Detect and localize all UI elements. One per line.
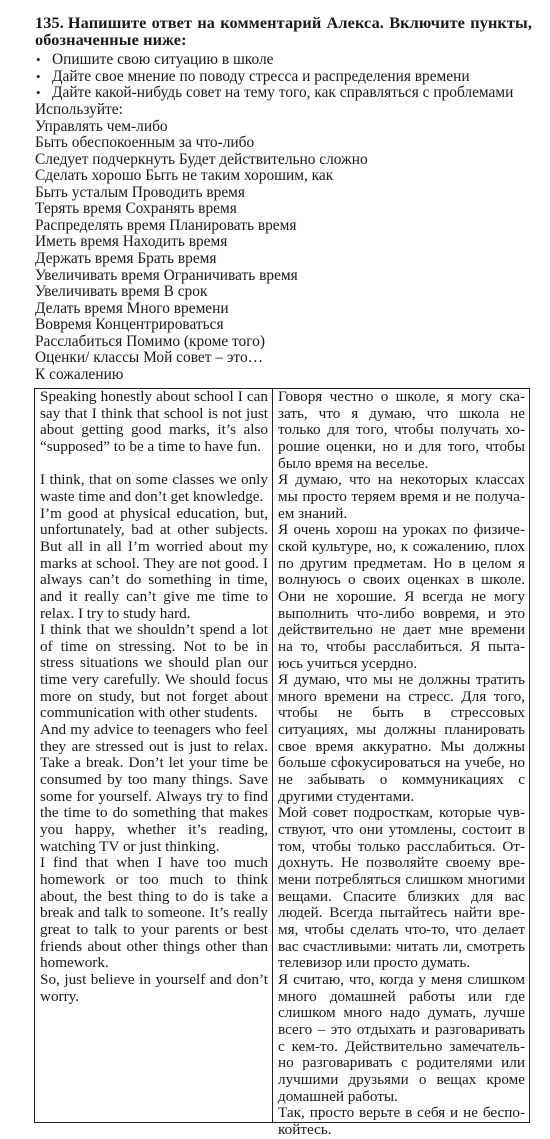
bullet-icon: • bbox=[36, 69, 41, 86]
answer-table: Speaking honestly about school I can say… bbox=[34, 388, 530, 1123]
russian-paragraph: Я считаю, что, когда у меня слишком мног… bbox=[278, 972, 525, 1105]
task-bullet: •Дайте какой-нибудь совет на тему того, … bbox=[35, 85, 532, 102]
task-title: 135.Напишите ответ на комментарий Алекса… bbox=[35, 14, 532, 48]
phrase-item: Вовремя Концентрироваться bbox=[35, 317, 532, 334]
phrase-item: Терять время Сохранять время bbox=[35, 201, 532, 218]
english-paragraph: Speaking honestly about school I can say… bbox=[40, 389, 268, 456]
russian-paragraph: Я очень хорош на уроках по физиче­ской к… bbox=[278, 522, 525, 672]
russian-paragraph: Так, просто верьте в себя и не беспо­кой… bbox=[278, 1105, 525, 1138]
phrase-item: Расслабиться Помимо (кроме того) bbox=[35, 334, 532, 351]
english-paragraph: So, just believe in yourself and don’t w… bbox=[40, 972, 268, 1005]
bullet-icon: • bbox=[36, 52, 41, 69]
phrase-item: Быть усталым Проводить время bbox=[35, 185, 532, 202]
phrase-item: К сожалению bbox=[35, 367, 532, 384]
phrase-item: Следует подчеркнуть Будет действительно … bbox=[35, 152, 532, 169]
english-paragraph: I think that we shouldn’t spend a lot of… bbox=[40, 622, 268, 722]
bullet-icon: • bbox=[36, 85, 41, 102]
russian-translation-column: Говоря честно о школе, я могу ска­зать, … bbox=[273, 389, 529, 1122]
russian-paragraph: Говоря честно о школе, я могу ска­зать, … bbox=[278, 389, 525, 472]
phrase-item: Оценки/ классы Мой совет – это… bbox=[35, 350, 532, 367]
phrase-item: Увеличивать время В срок bbox=[35, 284, 532, 301]
phrase-item: Держать время Брать время bbox=[35, 251, 532, 268]
english-paragraph: I think, that on some classes we only wa… bbox=[40, 472, 268, 505]
english-answer-column: Speaking honestly about school I can say… bbox=[35, 389, 273, 1122]
russian-paragraph: Я думаю, что мы не должны тратить много … bbox=[278, 672, 525, 805]
phrases-heading: Используйте: bbox=[35, 102, 532, 119]
english-paragraph: I’m good at physical education, but, unf… bbox=[40, 506, 268, 623]
phrase-item: Делать время Много времени bbox=[35, 301, 532, 318]
phrase-item: Быть обеспокоенным за что-либо bbox=[35, 135, 532, 152]
task-bullet-list: •Опишите свою ситуацию в школе •Дайте св… bbox=[35, 52, 532, 102]
phrase-item: Увеличивать время Ограничивать время bbox=[35, 268, 532, 285]
task-bullet: •Дайте свое мнение по поводу стресса и р… bbox=[35, 69, 532, 86]
exercise-page: 135.Напишите ответ на комментарий Алекса… bbox=[35, 14, 532, 383]
russian-paragraph: Я думаю, что на некоторых классах мы про… bbox=[278, 472, 525, 522]
phrase-item: Управлять чем-либо bbox=[35, 119, 532, 136]
task-bullet: •Опишите свою ситуацию в школе bbox=[35, 52, 532, 69]
english-paragraph: I find that when I have too much homewor… bbox=[40, 855, 268, 972]
phrase-item: Иметь время Находить время bbox=[35, 234, 532, 251]
phrase-item: Распределять время Планировать время bbox=[35, 218, 532, 235]
useful-phrases-list: Используйте: Управлять чем-либо Быть обе… bbox=[35, 102, 532, 383]
phrase-item: Сделать хорошо Быть не таким хорошим, ка… bbox=[35, 168, 532, 185]
task-instruction: Напишите ответ на комментарий Алекса. Вк… bbox=[35, 13, 532, 49]
russian-paragraph: Мой совет подросткам, которые чув­ствуют… bbox=[278, 805, 525, 972]
english-paragraph: And my advice to teenagers who feel they… bbox=[40, 722, 268, 855]
